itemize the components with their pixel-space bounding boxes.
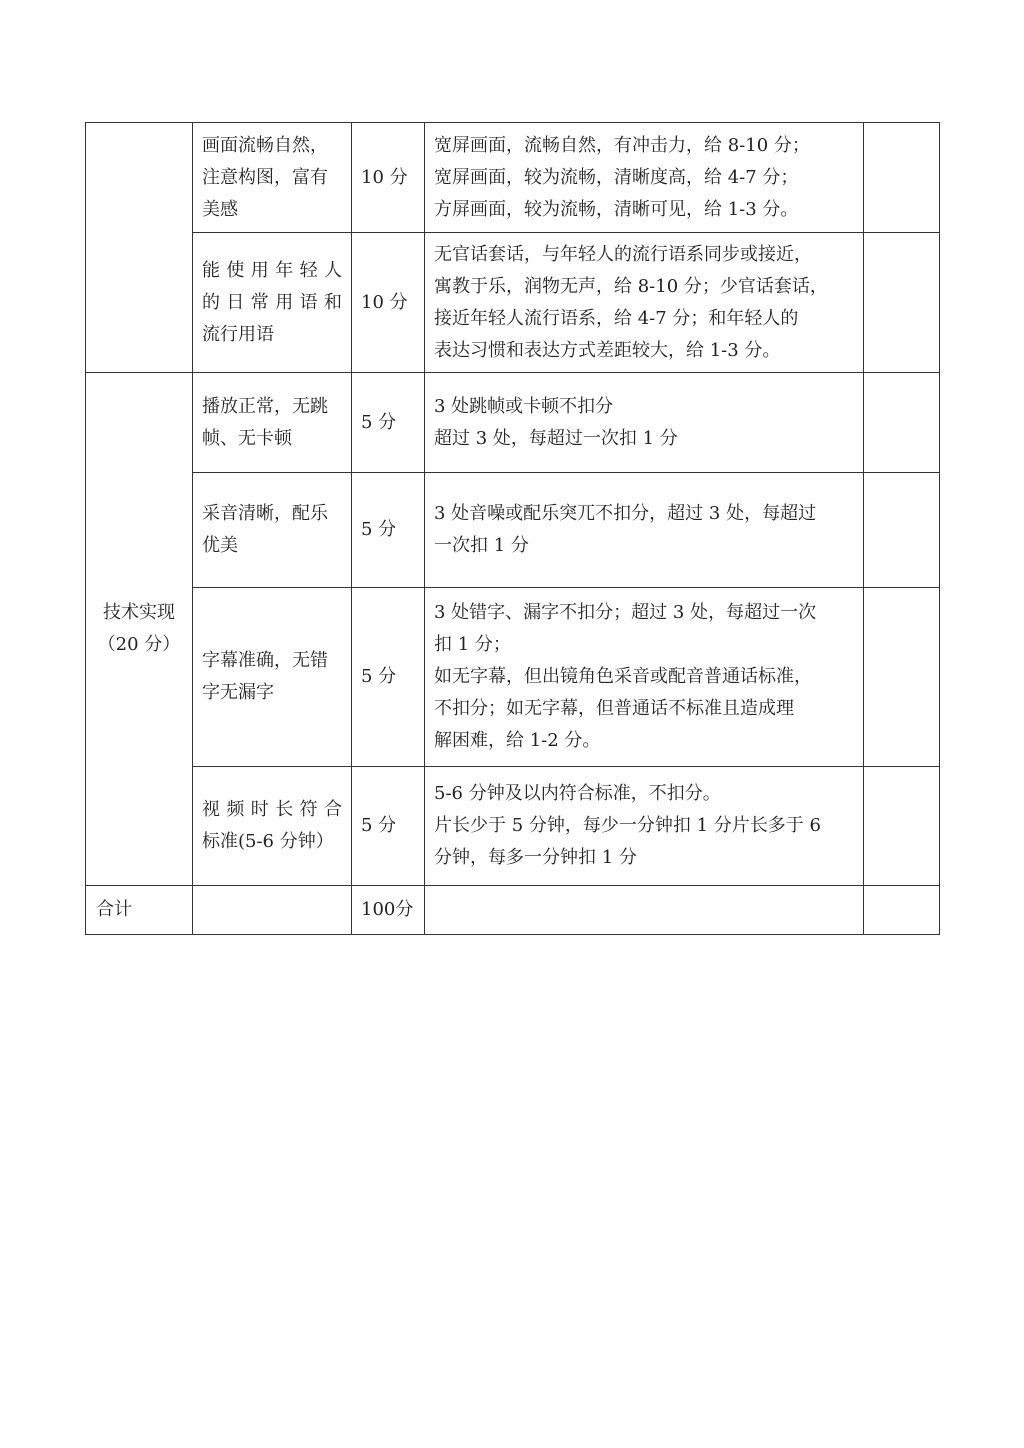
description-cell: 3 处错字、漏字不扣分；超过 3 处，每超过一次 扣 1 分； 如无字幕，但出镜… (425, 588, 864, 767)
table-row: 技术实现 （20 分） 播放正常，无跳 帧、无卡顿 5 分 3 处跳帧或卡顿不扣… (86, 373, 940, 473)
total-score: 100分 (352, 886, 425, 935)
category-cell-tech: 技术实现 （20 分） (86, 373, 193, 886)
score-cell: 5 分 (352, 373, 425, 473)
table-row: 画面流畅自然， 注意构图，富有 美感 10 分 宽屏画面，流畅自然，有冲击力，给… (86, 123, 940, 233)
score-cell: 5 分 (352, 767, 425, 886)
remark-cell (864, 473, 940, 588)
criterion-cell: 视频时长符合 标准(5-6 分钟） (193, 767, 352, 886)
total-label: 合计 (86, 886, 193, 935)
score-cell: 10 分 (352, 123, 425, 233)
scoring-rubric-table: 画面流畅自然， 注意构图，富有 美感 10 分 宽屏画面，流畅自然，有冲击力，给… (85, 122, 940, 935)
remark-cell (864, 767, 940, 886)
criterion-cell: 画面流畅自然， 注意构图，富有 美感 (193, 123, 352, 233)
description-cell: 无官话套话，与年轻人的流行语系同步或接近， 寓教于乐，润物无声，给 8-10 分… (425, 233, 864, 373)
score-cell: 5 分 (352, 473, 425, 588)
criterion-cell: 字幕准确，无错 字无漏字 (193, 588, 352, 767)
total-criterion-cell (193, 886, 352, 935)
score-cell: 10 分 (352, 233, 425, 373)
total-description-cell (425, 886, 864, 935)
remark-cell (864, 233, 940, 373)
description-cell: 3 处音噪或配乐突兀不扣分，超过 3 处，每超过 一次扣 1 分 (425, 473, 864, 588)
table-row: 能使用年轻人 的日常用语和 流行用语 10 分 无官话套话，与年轻人的流行语系同… (86, 233, 940, 373)
score-cell: 5 分 (352, 588, 425, 767)
criterion-cell: 采音清晰，配乐 优美 (193, 473, 352, 588)
description-cell: 5-6 分钟及以内符合标准，不扣分。 片长少于 5 分钟，每少一分钟扣 1 分片… (425, 767, 864, 886)
total-remark-cell (864, 886, 940, 935)
description-cell: 3 处跳帧或卡顿不扣分 超过 3 处，每超过一次扣 1 分 (425, 373, 864, 473)
category-cell-continued (86, 123, 193, 373)
remark-cell (864, 123, 940, 233)
table-row: 采音清晰，配乐 优美 5 分 3 处音噪或配乐突兀不扣分，超过 3 处，每超过 … (86, 473, 940, 588)
table-row: 视频时长符合 标准(5-6 分钟） 5 分 5-6 分钟及以内符合标准，不扣分。… (86, 767, 940, 886)
remark-cell (864, 588, 940, 767)
description-cell: 宽屏画面，流畅自然，有冲击力，给 8-10 分； 宽屏画面，较为流畅，清晰度高，… (425, 123, 864, 233)
criterion-cell: 播放正常，无跳 帧、无卡顿 (193, 373, 352, 473)
criterion-cell: 能使用年轻人 的日常用语和 流行用语 (193, 233, 352, 373)
table-row: 字幕准确，无错 字无漏字 5 分 3 处错字、漏字不扣分；超过 3 处，每超过一… (86, 588, 940, 767)
remark-cell (864, 373, 940, 473)
total-row: 合计 100分 (86, 886, 940, 935)
